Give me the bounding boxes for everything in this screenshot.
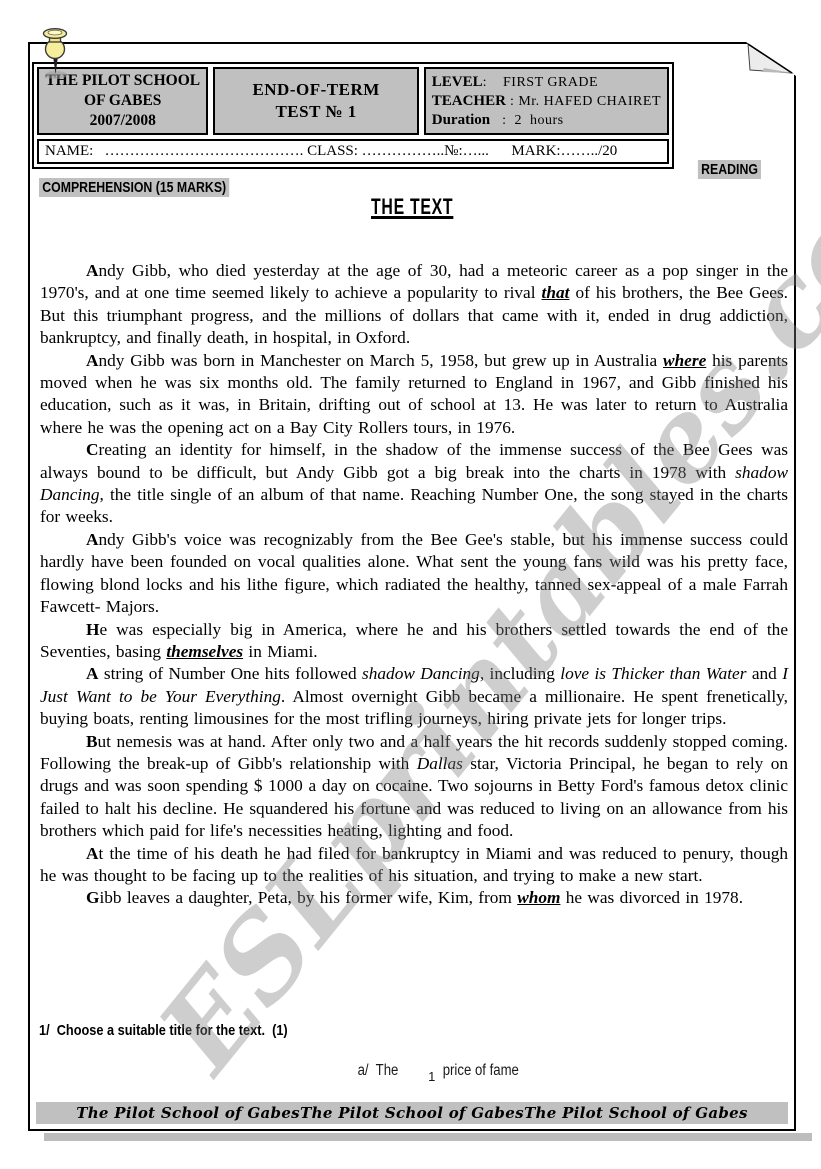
school-year: 2007/2008 — [39, 111, 206, 131]
level-label: LEVEL — [432, 74, 483, 90]
text-paragraph: A string of Number One hits followed sha… — [40, 663, 788, 730]
text-paragraph: Andy Gibb was born in Manchester on Marc… — [40, 350, 788, 440]
text-paragraph: Creating an identity for himself, in the… — [40, 439, 788, 529]
test-title-line2: TEST № 1 — [215, 101, 416, 123]
text-segment: A — [86, 664, 98, 683]
footer-school-name: The Pilot School of Gabes — [76, 1104, 300, 1122]
text-segment: that — [542, 283, 570, 302]
test-title-line1: END-OF-TERM — [215, 79, 416, 101]
text-segment: , including — [480, 664, 560, 683]
text-segment: H — [86, 620, 99, 639]
text-segment: , the title single of an album of that n… — [40, 485, 788, 526]
footer-school-name: The Pilot School of Gabes — [524, 1104, 748, 1122]
text-segment: A — [86, 351, 98, 370]
text-segment: reating an identity for himself, in the … — [40, 440, 788, 481]
text-segment: e was especially big in America, where h… — [40, 620, 788, 661]
duration-label: Duration — [432, 112, 490, 128]
text-segment: love is Thicker than Water — [560, 664, 746, 683]
duration-line: Duration : 2 hours — [432, 111, 661, 130]
header-table: THE PILOT SCHOOL OF GABES 2007/2008 END-… — [32, 62, 674, 169]
text-segment: Dallas — [417, 754, 463, 773]
page-number: 1 — [428, 1069, 435, 1084]
text-segment: A — [86, 530, 98, 549]
folded-corner — [720, 42, 796, 78]
text-segment: he was divorced in 1978. — [560, 888, 743, 907]
footer-school-name: The Pilot School of Gabes — [300, 1104, 524, 1122]
text-segment: and — [746, 664, 782, 683]
reading-section-label: READING — [698, 160, 761, 179]
text-segment: whom — [517, 888, 560, 907]
text-segment: in Miami. — [243, 642, 317, 661]
option-a-prefix: a/ The — [358, 1062, 399, 1080]
text-paragraph: Andy Gibb's voice was recognizably from … — [40, 529, 788, 619]
school-name-line2: OF GABES — [39, 91, 206, 111]
text-segment: themselves — [166, 642, 243, 661]
text-segment: t the time of his death he had filed for… — [40, 844, 788, 885]
teacher-value: : Mr. HAFED CHAIRET — [506, 94, 661, 109]
worksheet-page: THE PILOT SCHOOL OF GABES 2007/2008 END-… — [28, 42, 796, 1131]
duration-value: : 2 hours — [490, 113, 564, 128]
text-segment: string of Number One hits followed — [98, 664, 362, 683]
footer-bar: The Pilot School of Gabes The Pilot Scho… — [36, 1102, 788, 1124]
test-title-cell: END-OF-TERM TEST № 1 — [213, 67, 418, 135]
text-segment: G — [86, 888, 99, 907]
text-paragraph: He was especially big in America, where … — [40, 619, 788, 664]
teacher-line: TEACHER : Mr. HAFED CHAIRET — [432, 92, 661, 111]
text-paragraph: Andy Gibb, who died yesterday at the age… — [40, 260, 788, 350]
text-title-wrap: THE TEXT — [30, 194, 794, 220]
text-segment: A — [86, 844, 98, 863]
option-a-suffix: price of fame — [443, 1062, 519, 1080]
reading-text: Andy Gibb, who died yesterday at the age… — [40, 260, 788, 910]
info-cell: LEVEL: FIRST GRADE TEACHER : Mr. HAFED C… — [424, 67, 669, 135]
text-segment: where — [663, 351, 706, 370]
text-paragraph: But nemesis was at hand. After only two … — [40, 731, 788, 843]
text-paragraph: At the time of his death he had filed fo… — [40, 843, 788, 888]
header-row: THE PILOT SCHOOL OF GABES 2007/2008 END-… — [37, 67, 669, 135]
question-1: 1/ Choose a suitable title for the text.… — [39, 1022, 288, 1039]
text-segment: shadow Dancing — [362, 664, 480, 683]
name-class-mark-row: NAME: …………………………………. CLASS: ……………..№:…..… — [37, 139, 669, 164]
worksheet-screenshot: { "page": { "page_number": "1", "waterma… — [0, 0, 821, 1169]
text-paragraph: Gibb leaves a daughter, Peta, by his for… — [40, 887, 788, 909]
pushpin-icon — [34, 24, 76, 82]
text-segment: A — [86, 261, 98, 280]
page-shadow — [44, 1133, 812, 1141]
text-segment: B — [86, 732, 98, 751]
text-segment: ibb leaves a daughter, Peta, by his form… — [99, 888, 517, 907]
teacher-label: TEACHER — [432, 93, 506, 109]
text-segment: ndy Gibb's voice was recognizably from t… — [40, 530, 788, 616]
option-a-line: a/ The 1 price of fame — [58, 1062, 821, 1080]
level-line: LEVEL: FIRST GRADE — [432, 73, 661, 92]
text-title: THE TEXT — [371, 194, 453, 220]
level-value: : FIRST GRADE — [483, 75, 598, 90]
text-segment: C — [86, 440, 98, 459]
text-segment: ndy Gibb was born in Manchester on March… — [98, 351, 663, 370]
